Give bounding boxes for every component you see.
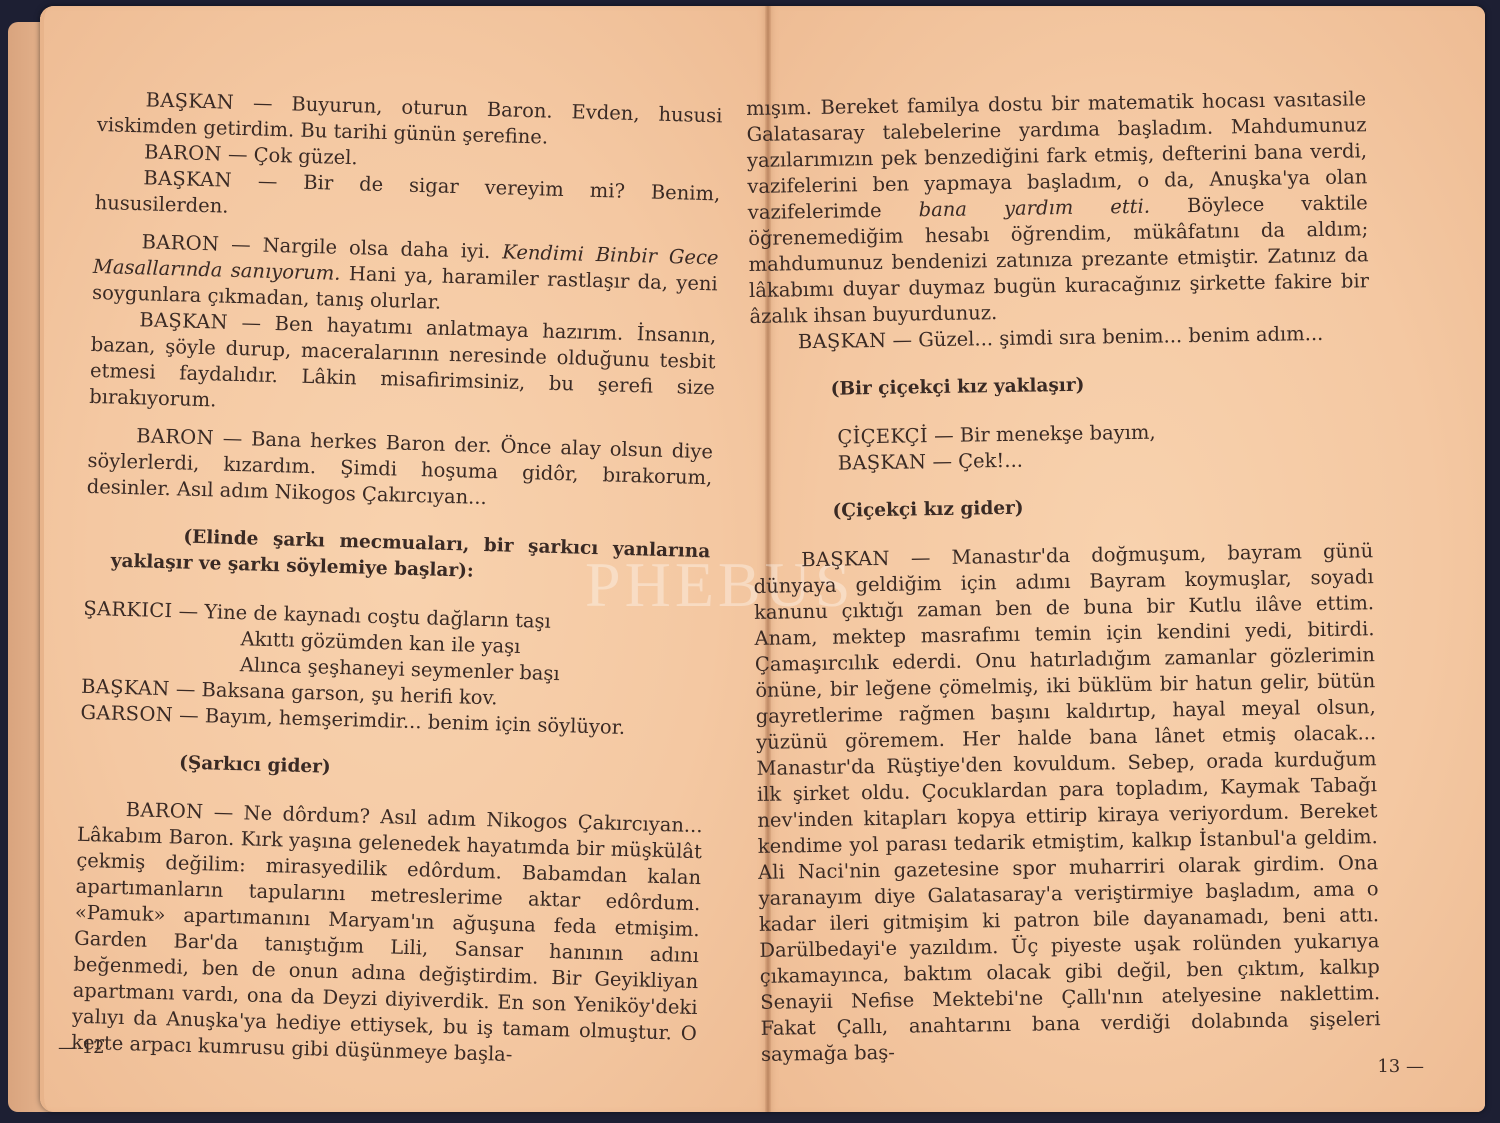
- continuation-paragraph: mışım. Bereket familya dostu bir matemat…: [746, 86, 1370, 330]
- speaker: BARON: [136, 424, 214, 449]
- speaker: BARON: [141, 230, 219, 255]
- stage-direction: (Şarkıcı gider): [179, 751, 705, 792]
- paragraph-text-italic: bana yardım etti.: [918, 195, 1150, 222]
- dialogue-line: BAŞKAN — Manastır'da doğmuşum, bayram gü…: [753, 538, 1381, 1068]
- stage-direction: (Elinde şarkı mecmuaları, bir şarkıcı ya…: [110, 523, 710, 592]
- dialogue-text: — Ne dôrdum? Asıl adım Nikogos Çakırcıya…: [71, 801, 703, 1066]
- speaker: BAŞKAN: [143, 166, 232, 191]
- left-page-text: BAŞKAN — Buyurun, oturun Baron. Evden, h…: [71, 86, 723, 1073]
- dialogue-line: BARON — Ne dôrdum? Asıl adım Nikogos Çak…: [71, 796, 703, 1073]
- dialogue-text: — Güzel... şimdi sıra benim... benim adı…: [892, 322, 1323, 352]
- speaker: BAŞKAN: [801, 547, 890, 571]
- dialogue-line: BARON — Bana herkes Baron der. Önce alay…: [86, 422, 713, 517]
- speaker: BARON: [144, 140, 222, 165]
- speaker: ŞARKICI: [83, 597, 173, 622]
- page-number-left: — 12: [58, 1037, 105, 1058]
- page-number-right: 13 —: [1377, 1056, 1424, 1077]
- stage-direction: (Bir çiçekçi kız yaklaşır): [830, 368, 1370, 402]
- right-page-text: mışım. Bereket familya dostu bir matemat…: [746, 86, 1381, 1068]
- dialogue-text: — Manastır'da doğmuşum, bayram günü düny…: [754, 539, 1381, 1066]
- verse-line: — Yine de kaynadı coştu dağların taşı: [178, 599, 551, 632]
- speaker: BAŞKAN: [838, 450, 927, 474]
- dialogue-text: — Nargile olsa daha iyi.: [231, 233, 503, 264]
- speaker: ÇİÇEKÇİ: [837, 424, 928, 448]
- speaker: BARON: [125, 798, 203, 823]
- speaker: BAŞKAN: [81, 675, 170, 700]
- dialogue-text: — Çek!...: [932, 449, 1023, 473]
- speaker: GARSON: [80, 701, 173, 727]
- speaker: BAŞKAN: [798, 329, 887, 353]
- dialogue-text: — Bir menekşe bayım,: [934, 421, 1156, 447]
- dialogue-text: — Çok güzel.: [228, 143, 358, 170]
- stage-direction: (Çiçekçi kız gider): [832, 490, 1372, 524]
- dialogue-line: BAŞKAN — Ben hayatımı anlatmaya hazırım.…: [89, 306, 717, 427]
- speaker: BAŞKAN: [139, 308, 228, 333]
- speaker: BAŞKAN: [145, 88, 234, 113]
